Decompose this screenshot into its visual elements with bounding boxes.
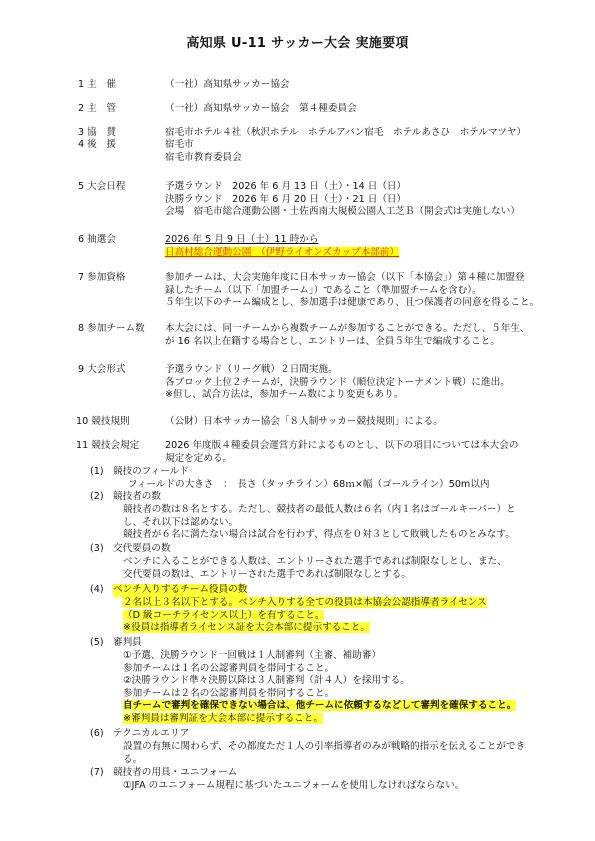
section-text: 宿毛市ホテル４社（秋沢ホテル ホテルアバン宿毛 ホテルあさひ ホテルマツヤ）: [165, 127, 595, 140]
subsection-title: 競技のフィールド: [113, 466, 189, 479]
section-label: 11 競技会規定: [76, 440, 139, 453]
section-text: ５年生以下のチーム編成とし、参加選手は健康であり、且つ保護者の同意を得ること。: [165, 297, 595, 310]
subsection-text: 競技者が６名に満たない場合は試合を行わず、得点を０対３として敗戦したものとみなす…: [123, 529, 563, 542]
subsection-number: (7): [90, 767, 104, 780]
section-text: 規定を定める。: [165, 453, 595, 466]
section-text: 予選ラウンド（リーグ戦）２日間実施。: [165, 364, 595, 377]
subsection-text: ①予選、決勝ラウンド一回戦は１人制審判（主審、補助審）: [123, 650, 563, 663]
subsection-title: 競技者の用具・ユニフォーム: [113, 767, 237, 780]
subsection-text: る。: [123, 754, 563, 767]
subsection-title: 交代要員の数: [113, 543, 171, 556]
subsection-text: 交代要員の数は、エントリーされた選手であれば制限なしとする。: [123, 569, 563, 582]
section-label: 7 参加資格: [78, 272, 126, 285]
subsection-text: 競技者の数は８名とする。ただし、競技者の最低人数は６名（内１名はゴールキーパー）…: [123, 504, 563, 517]
subsection-text-highlight: ２名以上３名以下とする。ベンチ入りする全ての役員は本協会公認指導者ライセンス: [123, 597, 487, 608]
subsection-title: 競技者の数: [113, 491, 161, 504]
subsection-text: ベンチに入ることができる人数は、エントリーされた選手であれば制限なしとし、また、: [123, 556, 563, 569]
section-text: 宿毛市教育委員会: [165, 152, 595, 165]
subsection-text: し、それ以下は認めない。: [123, 517, 563, 530]
section-label: 3 協 賛: [78, 127, 116, 140]
subsection-title: ベンチ入りするチーム役員の数: [113, 584, 247, 597]
section-label: 9 大会形式: [78, 364, 126, 377]
section-label: 8 参加チーム数: [78, 323, 145, 336]
subsection-number: (2): [90, 491, 104, 504]
section-text: （一社）高知県サッカー協会 第４種委員会: [165, 103, 595, 116]
subsection-text-highlight: ※役員は指導者ライセンス証を大会本部に提示すること。: [123, 622, 370, 633]
section-text: 予選ラウンド 2026 年 6 月 13 日（土）・14 日（日）: [165, 181, 595, 194]
subsection-text: 参加チームは１名の公認審判員を帯同すること。: [123, 663, 563, 676]
document-title: 高知県 U-11 サッカー大会 実施要項: [0, 38, 595, 51]
section-label: 4 後 援: [78, 139, 116, 152]
subsection-text-highlight: 自チームで審判を確保できない場合は、他チームに依頼するなどして審判を確保すること…: [123, 700, 516, 711]
section-text: （公財）日本サッカー協会「８人制サッカー競技規則」による。: [165, 416, 595, 429]
section-label: 1 主 催: [78, 79, 116, 92]
section-text: 会場 宿毛市総合運動公園・土佐西南大規模公園人工芝Ｂ（開会式は実施しない）: [165, 206, 595, 219]
subsection-number: (1): [90, 466, 104, 479]
section-text: 各ブロック上位２チームが，決勝ラウンド（順位決定トーナメント戦）に進出。: [165, 377, 595, 390]
subsection-text: ②決勝ラウンド準々決勝以降は３人制審判（計４人）を採用する。: [123, 675, 563, 688]
subsection-title: テクニカルエリア: [113, 728, 189, 741]
section-text: 録したチーム（以下「加盟チーム」）であること（準加盟チームを含む）。: [165, 285, 595, 298]
subsection-text: 設置の有無に関わらず、その都度ただ１人の引率指導者のみが戦略的指示を伝えることが…: [123, 741, 563, 754]
section-text: 宿毛市: [165, 139, 595, 152]
subsection-text: 参加チームは２名の公認審判員を帯同すること。: [123, 688, 563, 701]
subsection-text: ①JFA のユニフォーム規程に基づいたユニフォームを使用しなければならない。: [123, 780, 563, 793]
section-text: 2026 年度版４種委員会運営方針によるものとし、以下の項目については本大会の: [165, 440, 595, 453]
draw-datetime: 2026 年 5 月 9 日（土）11 時から: [165, 234, 318, 245]
section-text: ※但し、試合方法は，参加チーム数により変更もあり。: [165, 389, 595, 402]
draw-venue-highlight: 日高村総合運動公園 （伊野ライオンズカップ本部前）: [165, 247, 399, 258]
subsection-number: (4): [90, 584, 104, 597]
subsection-text-highlight: （D 級コーチライセンス以上）を有すること。: [123, 610, 324, 621]
section-text: が 16 名以上在籍する場合とし、エントリーは、全員５年生で編成すること。: [165, 336, 595, 349]
section-label: 5 大会日程: [78, 181, 126, 194]
section-text: （一社）高知県サッカー協会: [165, 79, 595, 92]
subsection-title: 審判員: [113, 637, 142, 650]
subsection-text: フィールドの大きさ ： 長さ（タッチライン）68ｍ×幅（ゴールライン）50m以内: [128, 479, 568, 492]
section-label: 2 主 管: [78, 103, 116, 116]
section-text: 本大会には、同一チームから複数チームが参加することができる。ただし、５年生、: [165, 323, 595, 336]
section-label: 10 競技規則: [76, 416, 130, 429]
section-text: 決勝ラウンド 2026 年 6 月 20 日（土）・21 日（日）: [165, 194, 595, 207]
section-text: 参加チームは、大会実施年度に日本サッカー協会（以下「本協会」）第４種に加盟登: [165, 272, 595, 285]
section-label: 6 抽選会: [78, 234, 116, 247]
subsection-number: (6): [90, 728, 104, 741]
subsection-text-highlight: ※審判員は審判証を大会本部に提示すること。: [123, 713, 323, 724]
subsection-number: (3): [90, 543, 104, 556]
subsection-number: (5): [90, 637, 104, 650]
